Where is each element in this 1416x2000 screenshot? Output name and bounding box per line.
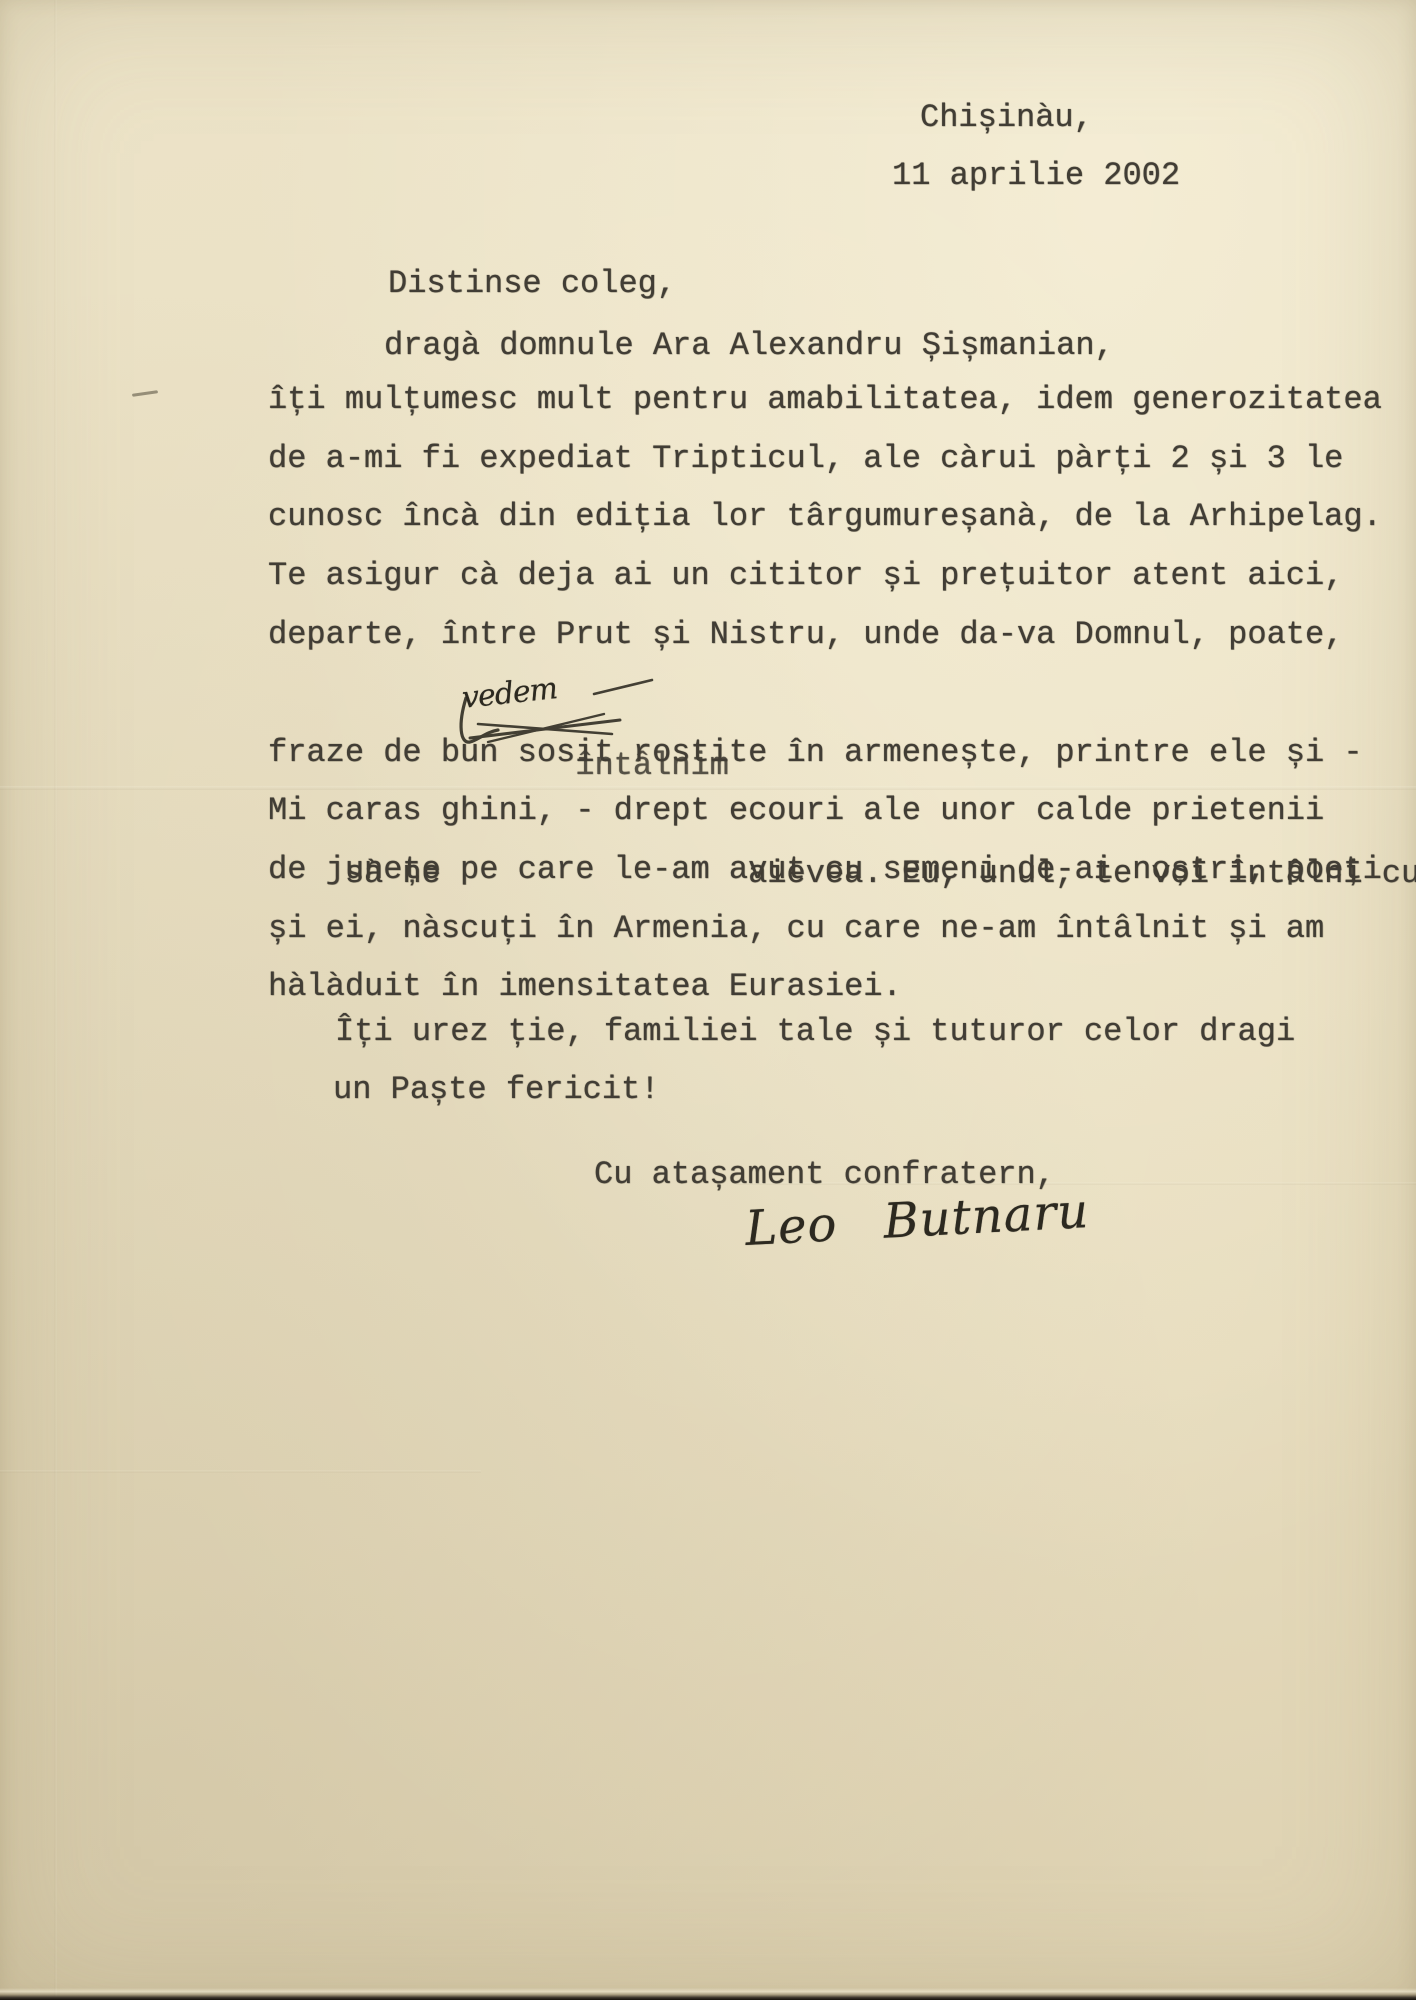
body-line: fraze de bun sosit rostite în armenește,… [268, 735, 1363, 771]
body-line: departe, între Prut și Nistru, unde da-v… [268, 617, 1343, 653]
body-line: hàlàduit în imensitatea Eurasiei. [268, 969, 902, 1005]
body-line: de junețe pe care le-am avut cu semeni d… [268, 852, 1382, 888]
paper-crease [0, 1470, 481, 1473]
letter-page: Chișinàu, 11 aprilie 2002 Distinse coleg… [0, 0, 1416, 2000]
signature: Leo Butnaru [744, 1183, 1091, 1257]
body-line: de a-mi fi expediat Tripticul, ale càrui… [268, 441, 1343, 477]
scan-bottom-edge [0, 1988, 1416, 2000]
body-line: Te asigur cà deja ai un cititor și prețu… [268, 558, 1343, 594]
body-line: și ei, nàscuți în Armenia, cu care ne-am… [268, 911, 1324, 947]
body-line: îți mulțumesc mult pentru amabilitatea, … [268, 382, 1382, 418]
margin-pen-tick [132, 390, 158, 397]
body-line: Îți urez ție, familiei tale și tuturor c… [335, 1014, 1295, 1050]
place-line: Chișinàu, [920, 100, 1093, 136]
date-line: 11 aprilie 2002 [892, 158, 1180, 194]
body-line: un Paște fericit! [333, 1072, 659, 1108]
body-line: cunosc încà din ediția lor târgumureșanà… [268, 499, 1382, 535]
salutation-line-1: Distinse coleg, [388, 266, 676, 302]
body-line: Mi caras ghini, - drept ecouri ale unor … [268, 793, 1324, 829]
salutation-line-2: dragà domnule Ara Alexandru Șișmanian, [384, 328, 1114, 364]
paper-crease [54, 0, 57, 2000]
